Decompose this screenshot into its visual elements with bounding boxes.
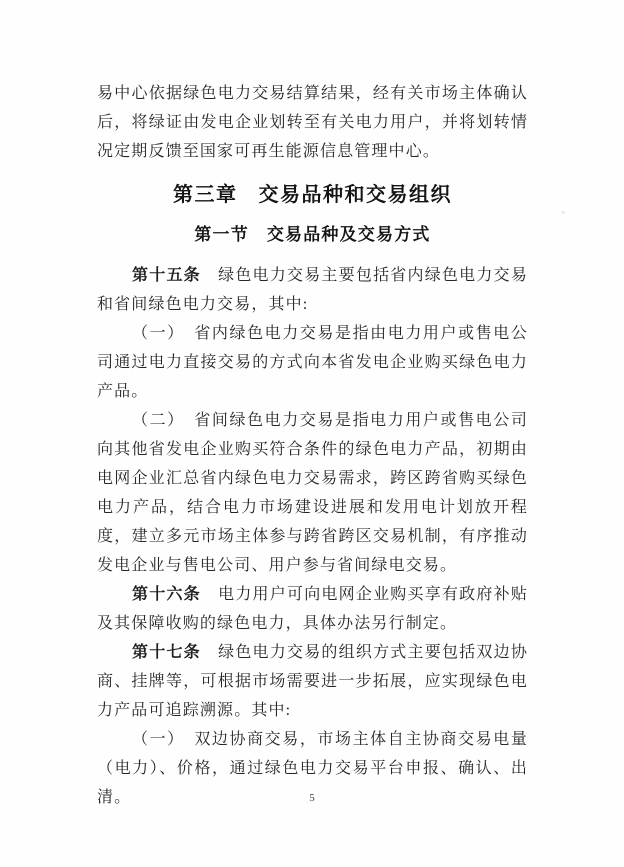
article-16-paragraph: 第十六条 电力用户可向电网企业购买享有政府补贴及其保障收购的绿色电力，具体办法另… [97, 580, 528, 638]
chapter-title: 交易品种和交易组织 [259, 184, 453, 206]
section-heading: 第一节交易品种及交易方式 [97, 222, 528, 248]
item-text: （二） 省间绿色电力交易是指电力用户或售电公司向其他省发电企业购买符合条件的绿色… [97, 412, 528, 574]
article-17-paragraph: 第十七条 绿色电力交易的组织方式主要包括双边协商、挂牌等，可根据市场需要进一步拓… [97, 638, 528, 725]
article-15-item-1: （一） 省内绿色电力交易是指由电力用户或售电公司通过电力直接交易的方式向本省发电… [97, 319, 528, 406]
text-block: 易中心依据绿色电力交易结算结果，经有关市场主体确认后，将绿证由发电企业划转至有关… [97, 79, 528, 812]
article-15-item-2: （二） 省间绿色电力交易是指电力用户或售电公司向其他省发电企业购买符合条件的绿色… [97, 406, 528, 580]
section-label: 第一节 [194, 225, 249, 244]
document-page: 易中心依据绿色电力交易结算结果，经有关市场主体确认后，将绿证由发电企业划转至有关… [0, 0, 624, 867]
article-15-paragraph: 第十五条 绿色电力交易主要包括省内绿色电力交易和省间绿色电力交易，其中: [97, 261, 528, 319]
article-16-number: 第十六条 [132, 586, 201, 603]
item-text: （一） 省内绿色电力交易是指由电力用户或售电公司通过电力直接交易的方式向本省发电… [97, 325, 528, 400]
article-15-number: 第十五条 [132, 267, 201, 284]
continuation-paragraph: 易中心依据绿色电力交易结算结果，经有关市场主体确认后，将绿证由发电企业划转至有关… [97, 79, 528, 166]
chapter-heading: 第三章交易品种和交易组织 [97, 180, 528, 210]
article-17-number: 第十七条 [132, 644, 201, 661]
scan-artifact [561, 211, 565, 214]
section-title: 交易品种及交易方式 [267, 225, 431, 244]
chapter-label: 第三章 [173, 184, 238, 206]
page-number: 5 [0, 791, 624, 805]
